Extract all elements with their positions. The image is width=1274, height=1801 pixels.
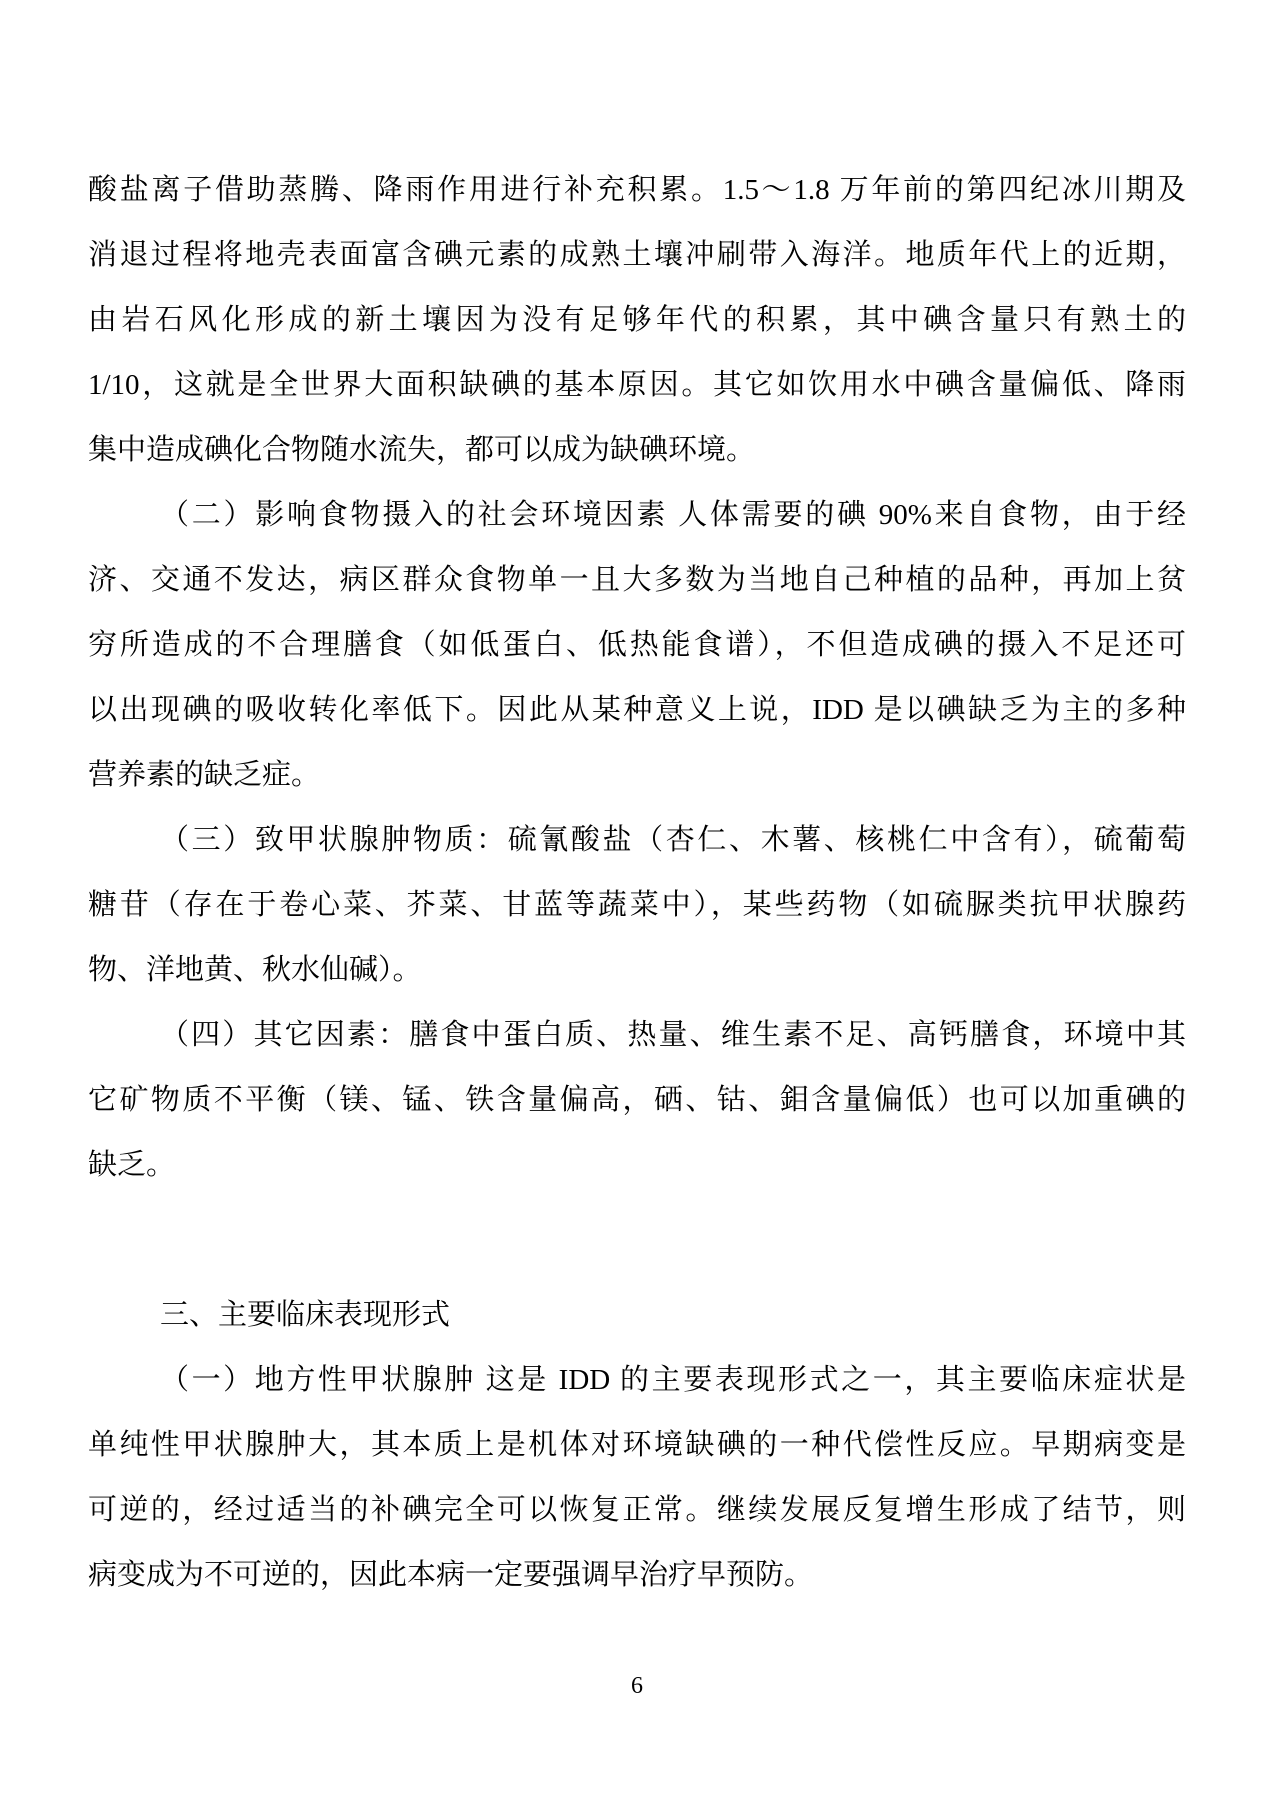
para-section-2-social-environment-factors-line-5: 营养素的缺乏症。 bbox=[88, 743, 1186, 808]
para-section-4-other-factors-line-1: （四）其它因素：膳食中蛋白质、热量、维生素不足、高钙膳食，环境中其 bbox=[88, 1003, 1186, 1068]
para-section-2-social-environment-factors-line-3: 穷所造成的不合理膳食（如低蛋白、低热能食谱），不但造成碘的摄入不足还可 bbox=[88, 613, 1186, 678]
page-number: 6 bbox=[0, 1669, 1274, 1703]
para-iodine-environment-continuation-line-4: 1/10，这就是全世界大面积缺碘的基本原因。其它如饮用水中碘含量偏低、降雨 bbox=[88, 353, 1186, 418]
document-page: 酸盐离子借助蒸腾、降雨作用进行补充积累。1.5～1.8 万年前的第四纪冰川期及消… bbox=[0, 0, 1274, 1801]
para-section-3-goitrogenic-substances-line-2: 糖苷（存在于卷心菜、芥菜、甘蓝等蔬菜中），某些药物（如硫脲类抗甲状腺药 bbox=[88, 873, 1186, 938]
para-endemic-goiter-line-3: 可逆的，经过适当的补碘完全可以恢复正常。继续发展反复增生形成了结节，则 bbox=[88, 1478, 1186, 1543]
para-section-4-other-factors-line-2: 它矿物质不平衡（镁、锰、铁含量偏高，硒、钴、鉬含量偏低）也可以加重碘的 bbox=[88, 1068, 1186, 1133]
para-endemic-goiter-line-4: 病变成为不可逆的，因此本病一定要强调早治疗早预防。 bbox=[88, 1543, 1186, 1608]
blank-line bbox=[88, 1198, 1186, 1283]
heading-section-3-main-clinical-forms-line-1: 三、主要临床表现形式 bbox=[88, 1283, 1186, 1348]
para-section-3-goitrogenic-substances-line-3: 物、洋地黄、秋水仙碱）。 bbox=[88, 938, 1186, 1003]
para-section-2-social-environment-factors-line-1: （二）影响食物摄入的社会环境因素 人体需要的碘 90%来自食物，由于经 bbox=[88, 483, 1186, 548]
document-body: 酸盐离子借助蒸腾、降雨作用进行补充积累。1.5～1.8 万年前的第四纪冰川期及消… bbox=[88, 158, 1186, 1608]
para-endemic-goiter-line-2: 单纯性甲状腺肿大，其本质上是机体对环境缺碘的一种代偿性反应。早期病变是 bbox=[88, 1413, 1186, 1478]
para-iodine-environment-continuation-line-2: 消退过程将地壳表面富含碘元素的成熟土壤冲刷带入海洋。地质年代上的近期， bbox=[88, 223, 1186, 288]
para-section-2-social-environment-factors-line-2: 济、交通不发达，病区群众食物单一且大多数为当地自己种植的品种，再加上贫 bbox=[88, 548, 1186, 613]
para-section-3-goitrogenic-substances-line-1: （三）致甲状腺肿物质：硫氰酸盐（杏仁、木薯、核桃仁中含有），硫葡萄 bbox=[88, 808, 1186, 873]
para-section-4-other-factors-line-3: 缺乏。 bbox=[88, 1133, 1186, 1198]
para-iodine-environment-continuation-line-1: 酸盐离子借助蒸腾、降雨作用进行补充积累。1.5～1.8 万年前的第四纪冰川期及 bbox=[88, 158, 1186, 223]
para-iodine-environment-continuation-line-3: 由岩石风化形成的新土壤因为没有足够年代的积累，其中碘含量只有熟土的 bbox=[88, 288, 1186, 353]
para-section-2-social-environment-factors-line-4: 以出现碘的吸收转化率低下。因此从某种意义上说，IDD 是以碘缺乏为主的多种 bbox=[88, 678, 1186, 743]
para-iodine-environment-continuation-line-5: 集中造成碘化合物随水流失，都可以成为缺碘环境。 bbox=[88, 418, 1186, 483]
para-endemic-goiter-line-1: （一）地方性甲状腺肿 这是 IDD 的主要表现形式之一，其主要临床症状是 bbox=[88, 1348, 1186, 1413]
